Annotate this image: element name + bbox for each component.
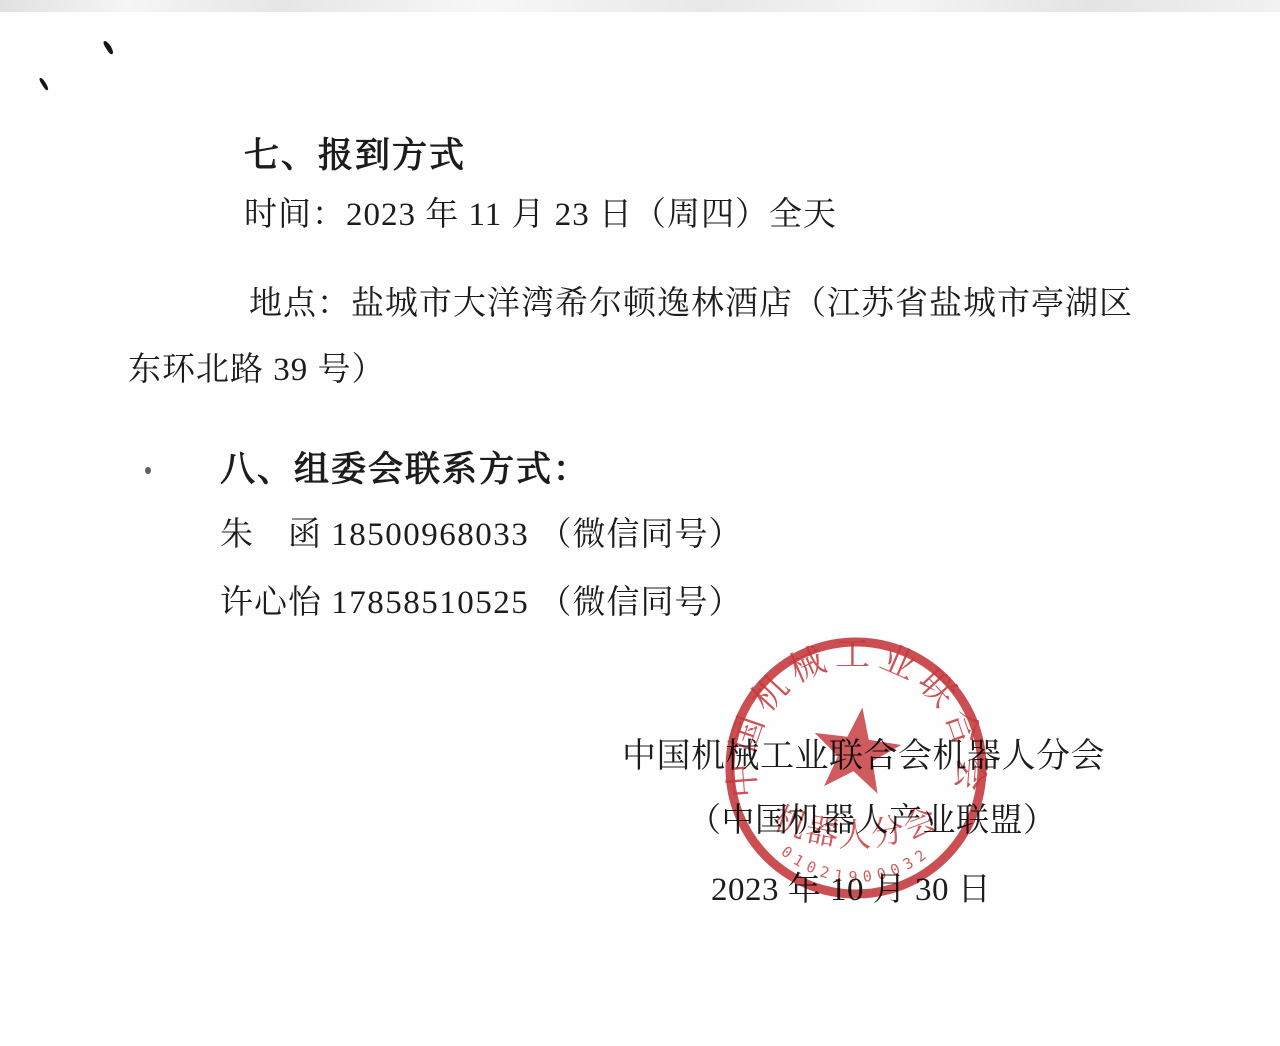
contact-phone: 17858510525	[331, 585, 529, 621]
official-red-seal: 中国机械工业联合会 机器人分会 01021900032	[706, 618, 1006, 918]
section7-heading: 七、报到方式	[244, 136, 466, 176]
ink-mark	[39, 77, 50, 91]
contact-row: 朱 函 18500968033 （微信同号）	[220, 517, 743, 555]
section8-heading: 八、组委会联系方式：	[220, 450, 590, 490]
contact-name: 许心怡	[220, 585, 322, 621]
section7-location-line1: 地点：盐城市大洋湾希尔顿逸林酒店（江苏省盐城市亭湖区	[249, 286, 1133, 324]
ink-mark	[102, 40, 114, 55]
seal-inner-text: 机器人分会	[768, 800, 943, 854]
scanned-document-page: 七、报到方式 时间：2023 年 11 月 23 日（周四）全天 地点：盐城市大…	[0, 0, 1280, 1046]
contact-row: 许心怡 17858510525 （微信同号）	[220, 585, 743, 623]
seal-ring-text: 中国机械工业联合会	[722, 635, 990, 799]
section7-time-line: 时间：2023 年 11 月 23 日（周四）全天	[244, 197, 837, 235]
contact-phone: 18500968033	[331, 517, 529, 553]
ink-dot	[145, 467, 151, 474]
contact-name: 朱 函	[220, 517, 322, 553]
contact-note: （微信同号）	[539, 585, 743, 621]
section7-location-line2: 东环北路 39 号）	[128, 352, 386, 390]
seal-star-icon	[808, 701, 906, 796]
contact-note: （微信同号）	[539, 517, 743, 553]
scan-edge-artifact	[0, 0, 1280, 12]
